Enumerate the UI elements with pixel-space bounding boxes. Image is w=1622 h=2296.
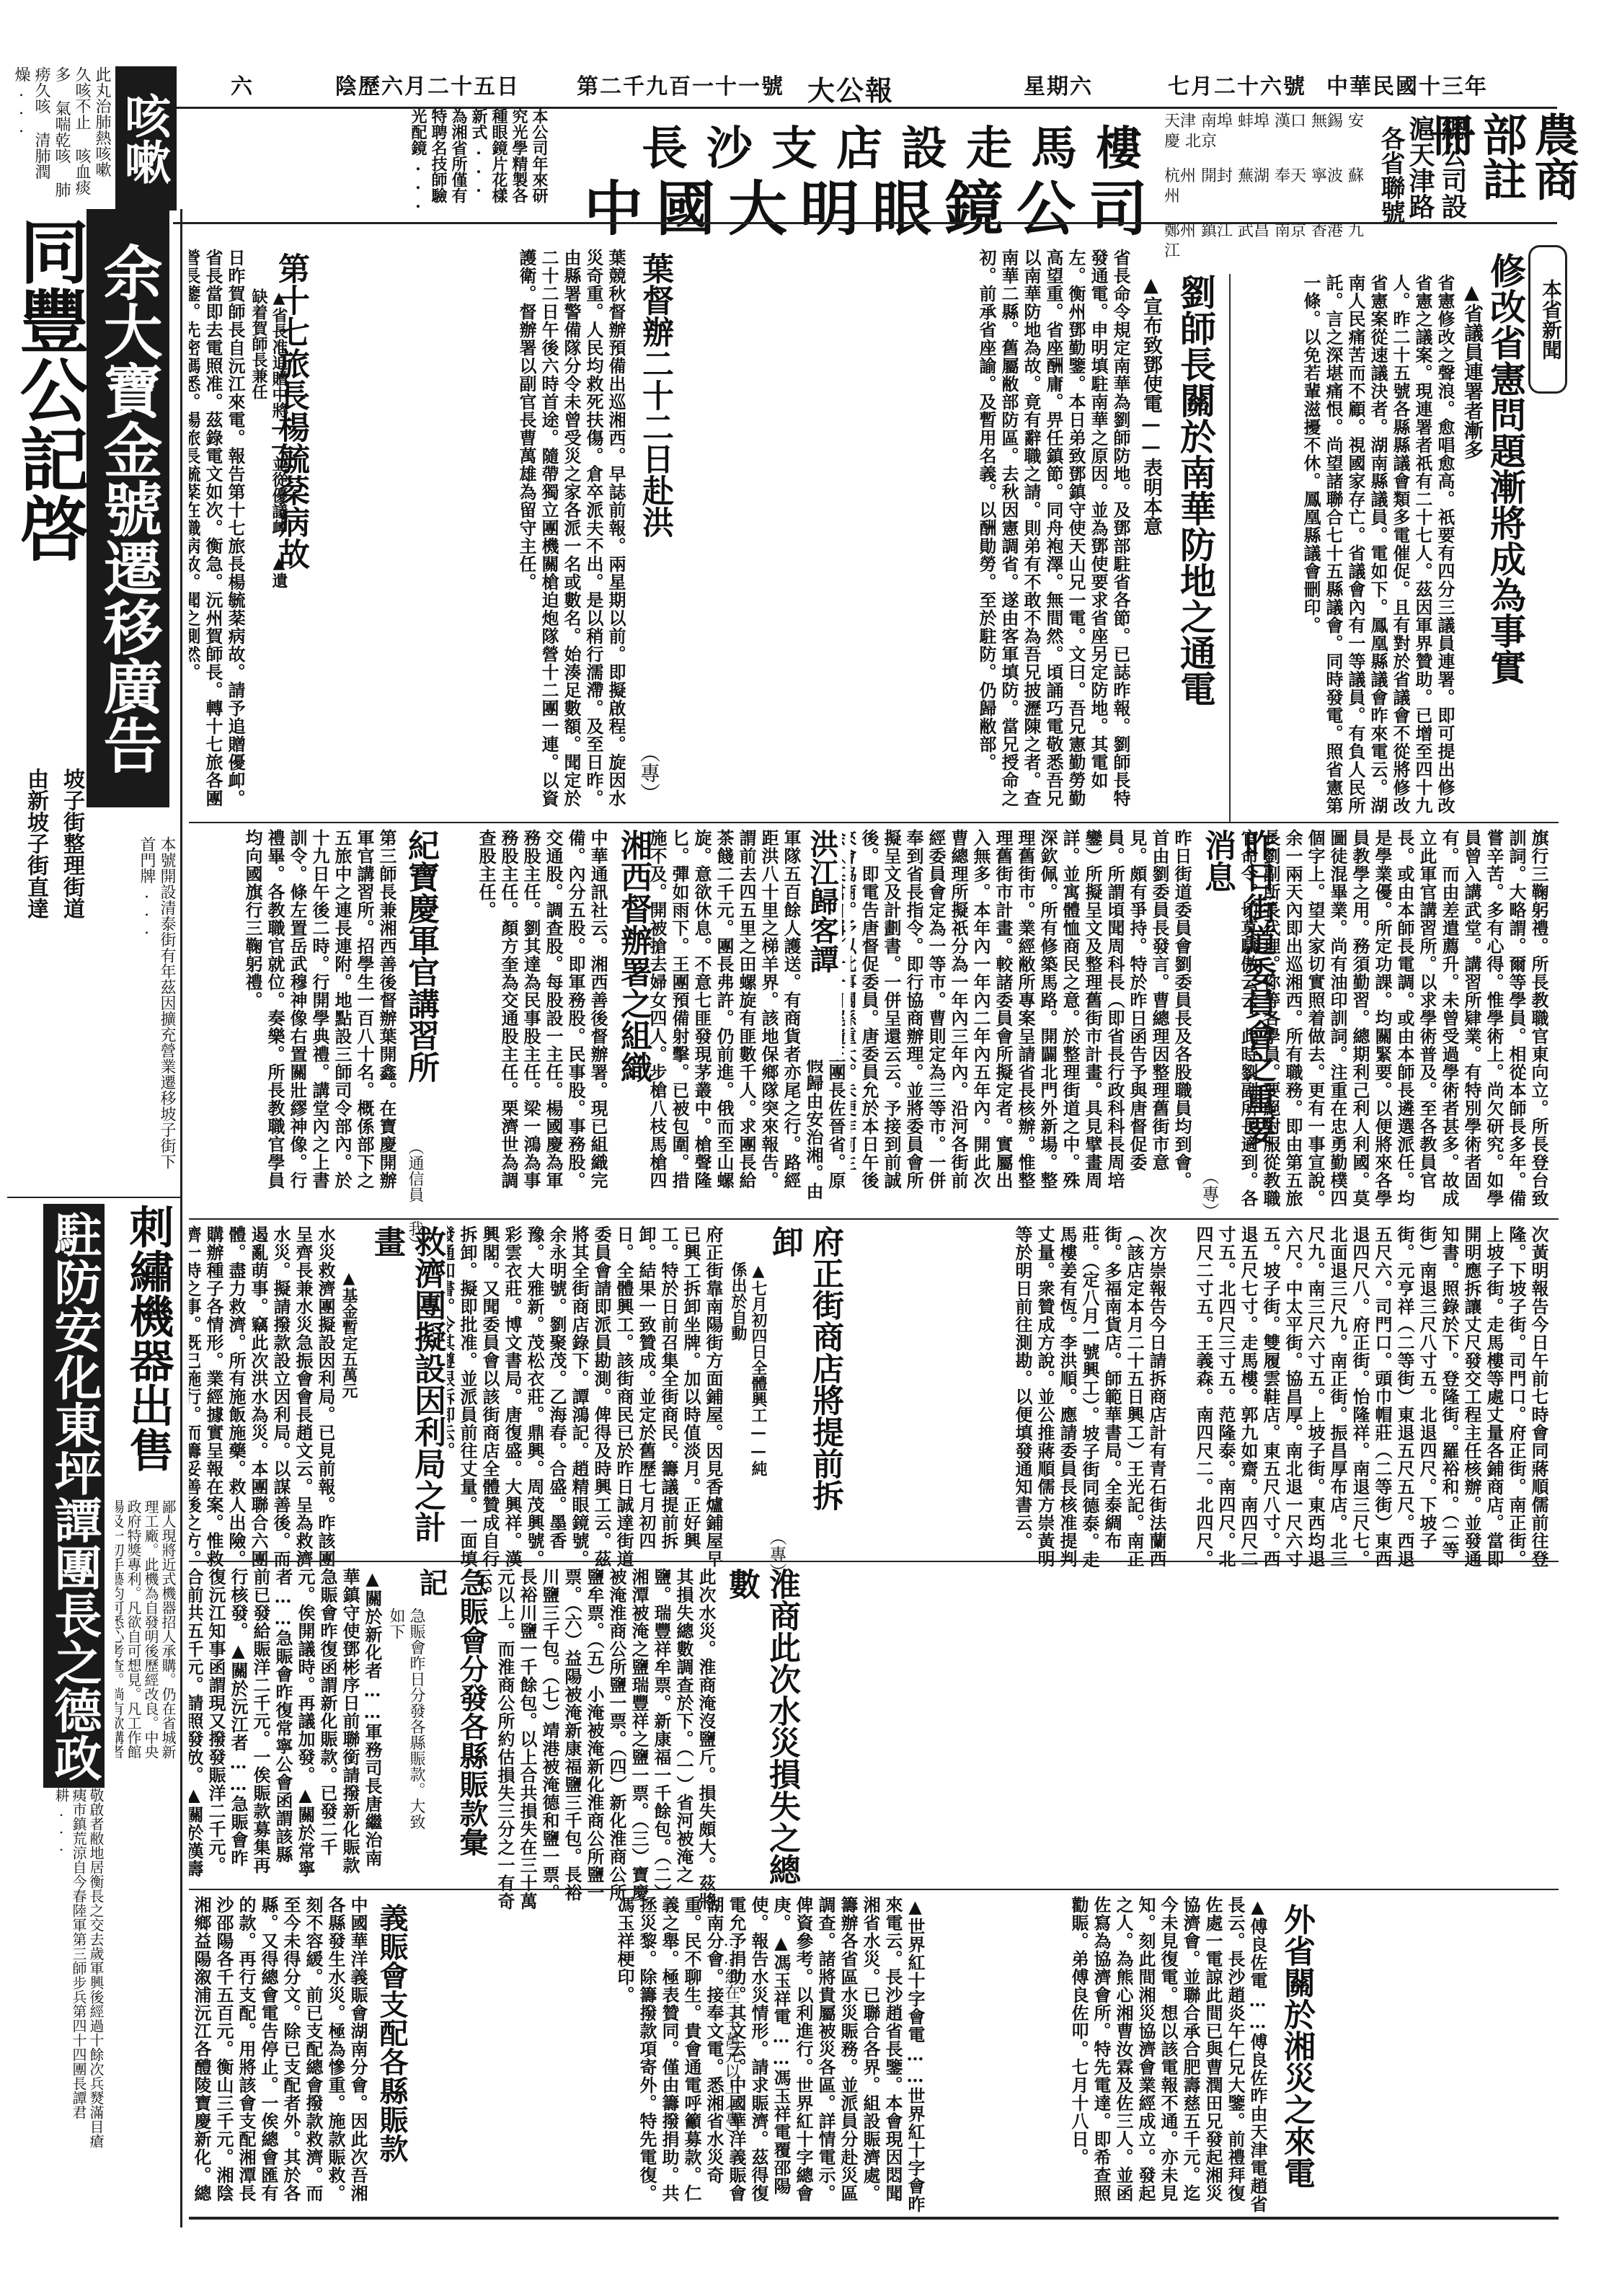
article-subhead-relief-bureau: ▲基金暫定五萬元 [339, 1269, 359, 1413]
row-rule [189, 1561, 1559, 1562]
article-body-relief-bureau: 水災救濟團擬設因利局。已見前報。昨該團呈齊長兼水災急振會會長趙文云。呈為救濟水災… [189, 1225, 337, 1572]
ad-band-rule [173, 222, 1557, 224]
article-subhead-fuzheng: ▲七月初四日全體興工——純係出於自動 [728, 1262, 768, 1478]
page-number: 六 [231, 68, 254, 100]
machine-sale-ad-title: 刺繡機器出售 [119, 1204, 177, 1478]
lunar-date: 陰歷六月二十五日 [335, 68, 520, 100]
article-headline-relief-bureau: 救濟團擬設因利局之計畫 [375, 1225, 447, 1572]
article-body-red-cross: ▲世界紅十字會電……世界紅十字會昨來電云。長沙趙省長鑒。本會現因悶聞湘省水災。已… [598, 1896, 926, 2213]
article-headline-ye-hongjiang: 葉督辦二十二日赴洪 [634, 252, 675, 699]
article-body-outside-telegram: ▲傅良佐電……傅良佐昨由天津電趙省長云。長沙趙炎午仁兄大鑒。前禮拜復佐處一電諒此… [930, 1896, 1269, 2213]
cough-ad-text: 此丸治肺熱咳嗽 久咳不止 咳血痰多 氣喘乾咳 肺痨久咳 清肺潤燥... [7, 66, 112, 210]
left-ad-rule [7, 1197, 180, 1198]
article-body-constitution: 省憲修改之聲浪。愈唱愈高。祇要有四分三議員連署。即可提出修改省憲之議案。現連署者… [1247, 274, 1456, 822]
article-subhead-constitution: ▲省議員連署者漸多 [1460, 281, 1483, 497]
book-notice-title: 同豐公記啓 [13, 216, 85, 721]
article-headline-xiangxi: 湘西督辦署之組織 [613, 829, 653, 1189]
article-headline-outside-telegram: 外省關於湘災之來電 [1276, 1903, 1316, 2191]
article-headline-yizhen: 義賑會支配各縣賑款 [371, 1903, 412, 2177]
article-body-street-committee: 昨日街道委員會劉委員長及各股職員均到會。首由劉委員長發言。曹總理因整理舊街市意見… [851, 829, 1193, 1204]
article-body-yang-brigade: 日昨賀師長自沅江來電。報告第十七旅長楊毓棻病故。請予追贈優卹。省長當即去電照准。… [189, 249, 247, 818]
article-subhead-liu-defense: ▲宣布致鄧使電——表明本意 [1139, 274, 1162, 634]
issue-date: 七月二十六號 [1168, 68, 1306, 100]
article-body-liu-defense: 省長命令規定南華為劉師防地。及鄧部駐省各節。已誌昨報。劉師長特發通電。申明填駐南… [851, 249, 1132, 818]
column-divider [1229, 274, 1231, 822]
cough-ad-title: 咳嗽 [115, 66, 177, 210]
gold-shop-address-1: 坡子街整理街道 [61, 768, 81, 948]
article-headline-fuzheng: 府正街商店將提前拆卸 [764, 1225, 845, 1528]
gold-shop-ad-title: 余大寶金號遷移廣告 [87, 209, 169, 807]
masthead: 中華民國十三年 七月二十六號 星期六 大公報 第二千九百一十一號 陰歷六月二十五… [173, 68, 1543, 97]
section-label: 本省新聞 [1528, 245, 1567, 394]
article-body-relief-bureau-cont [815, 1568, 1550, 1878]
gold-shop-address-2: 由新坡子街直達 [25, 768, 45, 948]
left-ad-divider [180, 209, 182, 2228]
row-rule [189, 1889, 1559, 1890]
article-body-street-retreat-2: 次方崇報告今日請拆商店計有青石街法蘭西（該店定本月二十五日興工）王光記。南正街。… [815, 1225, 1168, 1572]
row-rule [189, 1218, 1559, 1220]
article-body-relief-distribution: ▲關於新化者……軍務司長唐繼治南華鎮守使鄧彬序日前聯銜請撥新化賑款急賑會昨復函謂… [189, 1568, 384, 1878]
article-tag-ye-hongjiang: （專） [634, 743, 663, 815]
article-headline-constitution: 修改省憲問題漸將成為事實 [1485, 252, 1525, 829]
article-body-jibaoqing: 第三師長兼湘西善後督辦葉開鑫。在寶慶開辦軍官講習所。招學生一百八十名。概係部下之… [189, 829, 398, 1204]
article-headline-huaishang: 淮商此次水災損失之總數 [721, 1568, 802, 1914]
article-body-liu-defense-cont [685, 249, 847, 818]
gold-shop-ad-text: 本號開設清泰街有年茲因擴充營業遷移坡子街下首門牌... [101, 836, 177, 1182]
article-body-school-cont: 旗行三鞠躬禮。所長教職官東向立。所長登台致訓詞。大略謂。爾等學員。相從本師長多年… [1240, 829, 1550, 1218]
weekday: 星期六 [1024, 68, 1093, 100]
page-bottom-rule [189, 2217, 1559, 2220]
paper-name: 大公報 [807, 68, 894, 108]
article-body-street-retreat: 次黃明報告今日午前七時會同蔣順儒前往登隆。下坡子街。司門口。府正街。南正街。上坡… [1175, 1225, 1550, 1572]
article-headline-hongjiang-letter: 洪江歸客譚 [802, 829, 842, 1060]
registration-ad-company: 總公司設 [1435, 115, 1471, 223]
thanks-ad-title: 駐防安化東坪譚團長之德政 [43, 1204, 105, 1788]
registration-ad-branch-cities: 天津 南埠 蚌埠 漢口 無錫 安慶 北京 杭州 開封 蕪湖 奉天 寧波 蘇州 鄭… [1164, 112, 1366, 262]
article-body-fuzheng: 府正街靠南陽街方面鋪屋。因見香爐鋪屋早已興工拆卸坐牌。加以時值淡月。正好興工。特… [447, 1225, 724, 1572]
machine-sale-ad-text: 鄙人現將近式機器招人承購。仍在省城新理工廠。此機為自發明後歷經改良。中央政府特獎… [115, 1499, 177, 1759]
registration-ad-branches-label: 各省聯號 [1373, 126, 1409, 227]
article-headline-street-committee: 昨日街道委員會之重要消息 [1197, 829, 1277, 1175]
optical-ad-line2: 中國大明眼鏡公司 [447, 162, 1161, 247]
row-rule [189, 822, 1559, 823]
article-subhead-relief-distribution: 急賑會昨日分發各縣賑款。大致如下 [386, 1608, 426, 1838]
registration-ad-title: 農商部註冊 [1478, 112, 1579, 220]
article-headline-jibaoqing: 紀寶慶軍官講習所 [400, 829, 440, 1132]
article-body-xiangxi: 中華通訊社云。湘西善後督辦署。現已組織完備。內分五股。即軍務股。民事股。事務股。… [436, 829, 609, 1204]
article-body-relief-tail [1312, 1896, 1550, 2213]
issue-number: 第二千九百一十一號 [577, 68, 784, 100]
republic-year: 中華民國十三年 [1326, 68, 1488, 100]
optical-ad-notice: 本公司年來研究光學精製各種眼鏡片花樣新式... 為湘省所僅有特聘名技師驗光配鏡.… [189, 108, 549, 216]
article-body-ye-hongjiang: 葉競秋督辦預備出巡湘西。早誌前報。兩星期以前。即擬啟程。旋因水災奇重。人民均救死… [299, 249, 627, 818]
article-subhead-yang-brigade: ▲省長准追贈中將——並從優議卹 ▲遺缺着賀師長兼任 [249, 288, 289, 591]
article-tag-street-committee: （專） [1197, 1168, 1222, 1220]
thanks-ad-text: 敬啟者敝地居衡長之交去歲軍興後經過十餘次兵燹滿目瘡痍市鎮荒涼自今春陸軍第三師步兵… [43, 1788, 105, 2148]
article-headline-liu-defense: 劉師長關於南華防地之通電 [1175, 274, 1215, 822]
article-body-yizhen: 中國華洋義賑會湖南分會。因此次吾湘各縣發生水災。極為慘重。施款賑救。刻不容緩。前… [189, 1896, 369, 2213]
